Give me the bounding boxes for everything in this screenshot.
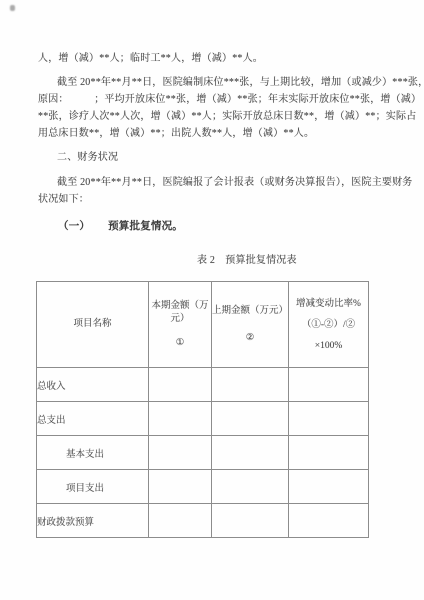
finance-intro-paragraph: 截至 20**年**月**日，医院编报了会计报表（或财务决算报告），医院主要财务… <box>38 174 413 208</box>
table-row-total-revenue: 总收入 <box>37 368 369 402</box>
table-row-project-expense: 项目支出 <box>37 470 369 504</box>
prior-amount-cell <box>212 504 289 538</box>
paragraph-line: 截至 20**年**月**日，医院编制床位***张，与上期比较，增加（或减少）*… <box>38 74 424 91</box>
table-header-row: 项目名称 本期金额（万 元） ① 上期金额（万元） ② <box>37 282 369 368</box>
prior-amount-cell <box>212 470 289 504</box>
table-caption: 表 2 预算批复情况表 <box>197 252 297 269</box>
subsection-title: 预算批复情况。 <box>108 221 183 232</box>
change-ratio-cell <box>289 504 369 538</box>
current-amount-cell <box>149 470 212 504</box>
ratio-formula: （①-②）/② <box>302 319 355 331</box>
table-row-total-expense: 总支出 <box>37 402 369 436</box>
scanned-document-page: 人，增（减）**人；临时工**人，增（减）**人。 截至 20**年**月**日… <box>0 0 424 600</box>
bed-statistics-paragraph: 截至 20**年**月**日，医院编制床位***张，与上期比较，增加（或减少）*… <box>38 74 424 142</box>
table-row-fiscal-appropriation-budget: 财政拨款预算 <box>37 504 369 538</box>
paragraph-line: 状况如下： <box>38 191 413 208</box>
section-heading-finance-status: 二、财务状况 <box>57 149 118 166</box>
header-line: 元） <box>170 313 189 326</box>
paragraph-line: 原因： ；平均开放床位**张，增（减）**张；年末实际开放床位**张，增（减） <box>38 91 424 108</box>
row-label: 基本支出 <box>37 436 149 470</box>
change-ratio-cell <box>289 402 369 436</box>
current-amount-cell <box>149 436 212 470</box>
current-amount-cell <box>149 368 212 402</box>
change-ratio-cell <box>289 436 369 470</box>
row-label: 项目支出 <box>37 470 149 504</box>
header-item-name-label: 项目名称 <box>73 318 111 331</box>
prior-amount-cell <box>212 402 289 436</box>
scan-artifact-speck <box>10 5 15 11</box>
circled-two-mark: ② <box>246 332 255 345</box>
change-ratio-cell <box>289 470 369 504</box>
row-label: 财政拨款预算 <box>37 504 149 538</box>
header-line: 增减变动比率% <box>296 298 361 310</box>
paragraph-line: 用总床日数**，增（减）**；出院人数**人，增（减）**人。 <box>38 125 424 142</box>
circled-one-mark: ① <box>176 337 185 350</box>
prior-amount-cell <box>212 368 289 402</box>
row-label: 总收入 <box>37 368 149 402</box>
paragraph-continuation-line: 人，增（减）**人；临时工**人，增（减）**人。 <box>38 50 263 67</box>
header-change-ratio: 增减变动比率% （①-②）/② ×100% <box>289 282 369 368</box>
current-amount-cell <box>149 504 212 538</box>
subsection-number: （一） <box>58 221 90 232</box>
header-item-name: 项目名称 <box>37 282 149 368</box>
subsection-heading-budget-approval: （一）预算批复情况。 <box>58 218 183 235</box>
table-row-basic-expense: 基本支出 <box>37 436 369 470</box>
prior-amount-cell <box>212 436 289 470</box>
paragraph-line: **张，诊疗人次**人次，增（减）**人；实际开放总床日数**，增（减）**；实… <box>38 108 424 125</box>
current-amount-cell <box>149 402 212 436</box>
header-line: 上期金额（万元） <box>212 305 288 318</box>
header-prior-amount: 上期金额（万元） ② <box>212 282 289 368</box>
header-line: 本期金额（万 <box>151 300 208 313</box>
row-label: 总支出 <box>37 402 149 436</box>
header-current-amount: 本期金额（万 元） ① <box>149 282 212 368</box>
change-ratio-cell <box>289 368 369 402</box>
ratio-multiplier: ×100% <box>315 340 343 352</box>
paragraph-line: 截至 20**年**月**日，医院编报了会计报表（或财务决算报告），医院主要财务 <box>38 174 413 191</box>
budget-approval-table: 项目名称 本期金额（万 元） ① 上期金额（万元） ② <box>36 281 369 538</box>
